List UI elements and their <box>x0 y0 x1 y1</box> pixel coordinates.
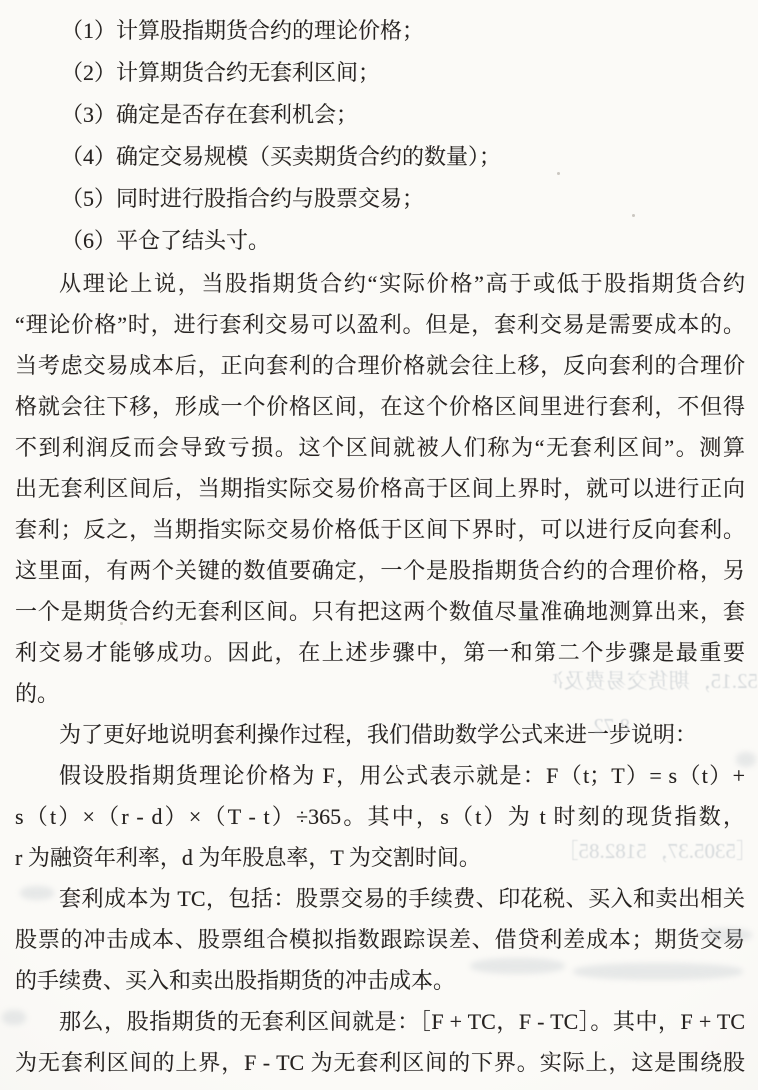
document-page: （1）计算股指期货合约的理论价格；（2）计算期货合约无套利区间；（3）确定是否存… <box>0 0 758 1090</box>
list-item: （5）同时进行股指合约与股票交易； <box>15 178 745 220</box>
text-line: 那么，股指期货的无套利区间就是：［F + TC，F - TC］。其中，F + T… <box>15 1001 745 1042</box>
text-line: 不到利润反而会导致亏损。这个区间就被人们称为“无套利区间”。测算 <box>15 427 745 468</box>
text-line: s（t）×（r - d）×（T - t）÷365。其中，s（t）为 t 时刻的现… <box>15 796 745 837</box>
text-line: 利交易才能够成功。因此，在上述步骤中，第一和第二个步骤是最重要 <box>15 632 745 673</box>
text-line: 为了更好地说明套利操作过程，我们借助数学公式来进一步说明： <box>15 714 745 755</box>
text-line: 格就会往下移，形成一个价格区间，在这个价格区间里进行套利，不但得 <box>15 386 745 427</box>
text-line: 的手续费、买入和卖出股指期货的冲击成本。 <box>15 960 745 1001</box>
text-line: “理论价格”时，进行套利交易可以盈利。但是，套利交易是需要成本的。 <box>15 304 745 345</box>
text-line: r 为融资年利率，d 为年股息率，T 为交割时间。 <box>15 837 745 878</box>
text-line: 套利成本为 TC，包括：股票交易的手续费、印花税、买入和卖出相关 <box>15 878 745 919</box>
list-item: （3）确定是否存在套利机会； <box>15 94 745 136</box>
list-item: （4）确定交易规模（买卖期货合约的数量）； <box>15 136 745 178</box>
text-line: 假设股指期货理论价格为 F，用公式表示就是：F（t；T）= s（t）+ <box>15 755 745 796</box>
text-line: 一个是期货合约无套利区间。只有把这两个数值尽量准确地测算出来，套 <box>15 591 745 632</box>
text-line: 出无套利区间后，当期指实际交易价格高于区间上界时，就可以进行正向 <box>15 468 745 509</box>
text-line: 股票的冲击成本、股票组合模拟指数跟踪误差、借贷利差成本；期货交易 <box>15 919 745 960</box>
text-line: 的。 <box>15 673 745 714</box>
step-list: （1）计算股指期货合约的理论价格；（2）计算期货合约无套利区间；（3）确定是否存… <box>15 0 745 262</box>
text-line: 从理论上说，当股指期货合约“实际价格”高于或低于股指期货合约 <box>15 263 745 304</box>
body-text: 从理论上说，当股指期货合约“实际价格”高于或低于股指期货合约“理论价格”时，进行… <box>15 263 745 1083</box>
text-line: 套利；反之，当期指实际交易价格低于区间下界时，可以进行反向套利。 <box>15 509 745 550</box>
list-item: （1）计算股指期货合约的理论价格； <box>15 10 745 52</box>
text-line: 当考虑交易成本后，正向套利的合理价格就会往上移，反向套利的合理价 <box>15 345 745 386</box>
text-line: 这里面，有两个关键的数值要确定，一个是股指期货合约的合理价格，另 <box>15 550 745 591</box>
list-item: （2）计算期货合约无套利区间； <box>15 52 745 94</box>
text-line: 为无套利区间的上界，F - TC 为无套利区间的下界。实际上，这是围绕股 <box>15 1042 745 1083</box>
list-item: （6）平仓了结头寸。 <box>15 220 745 262</box>
